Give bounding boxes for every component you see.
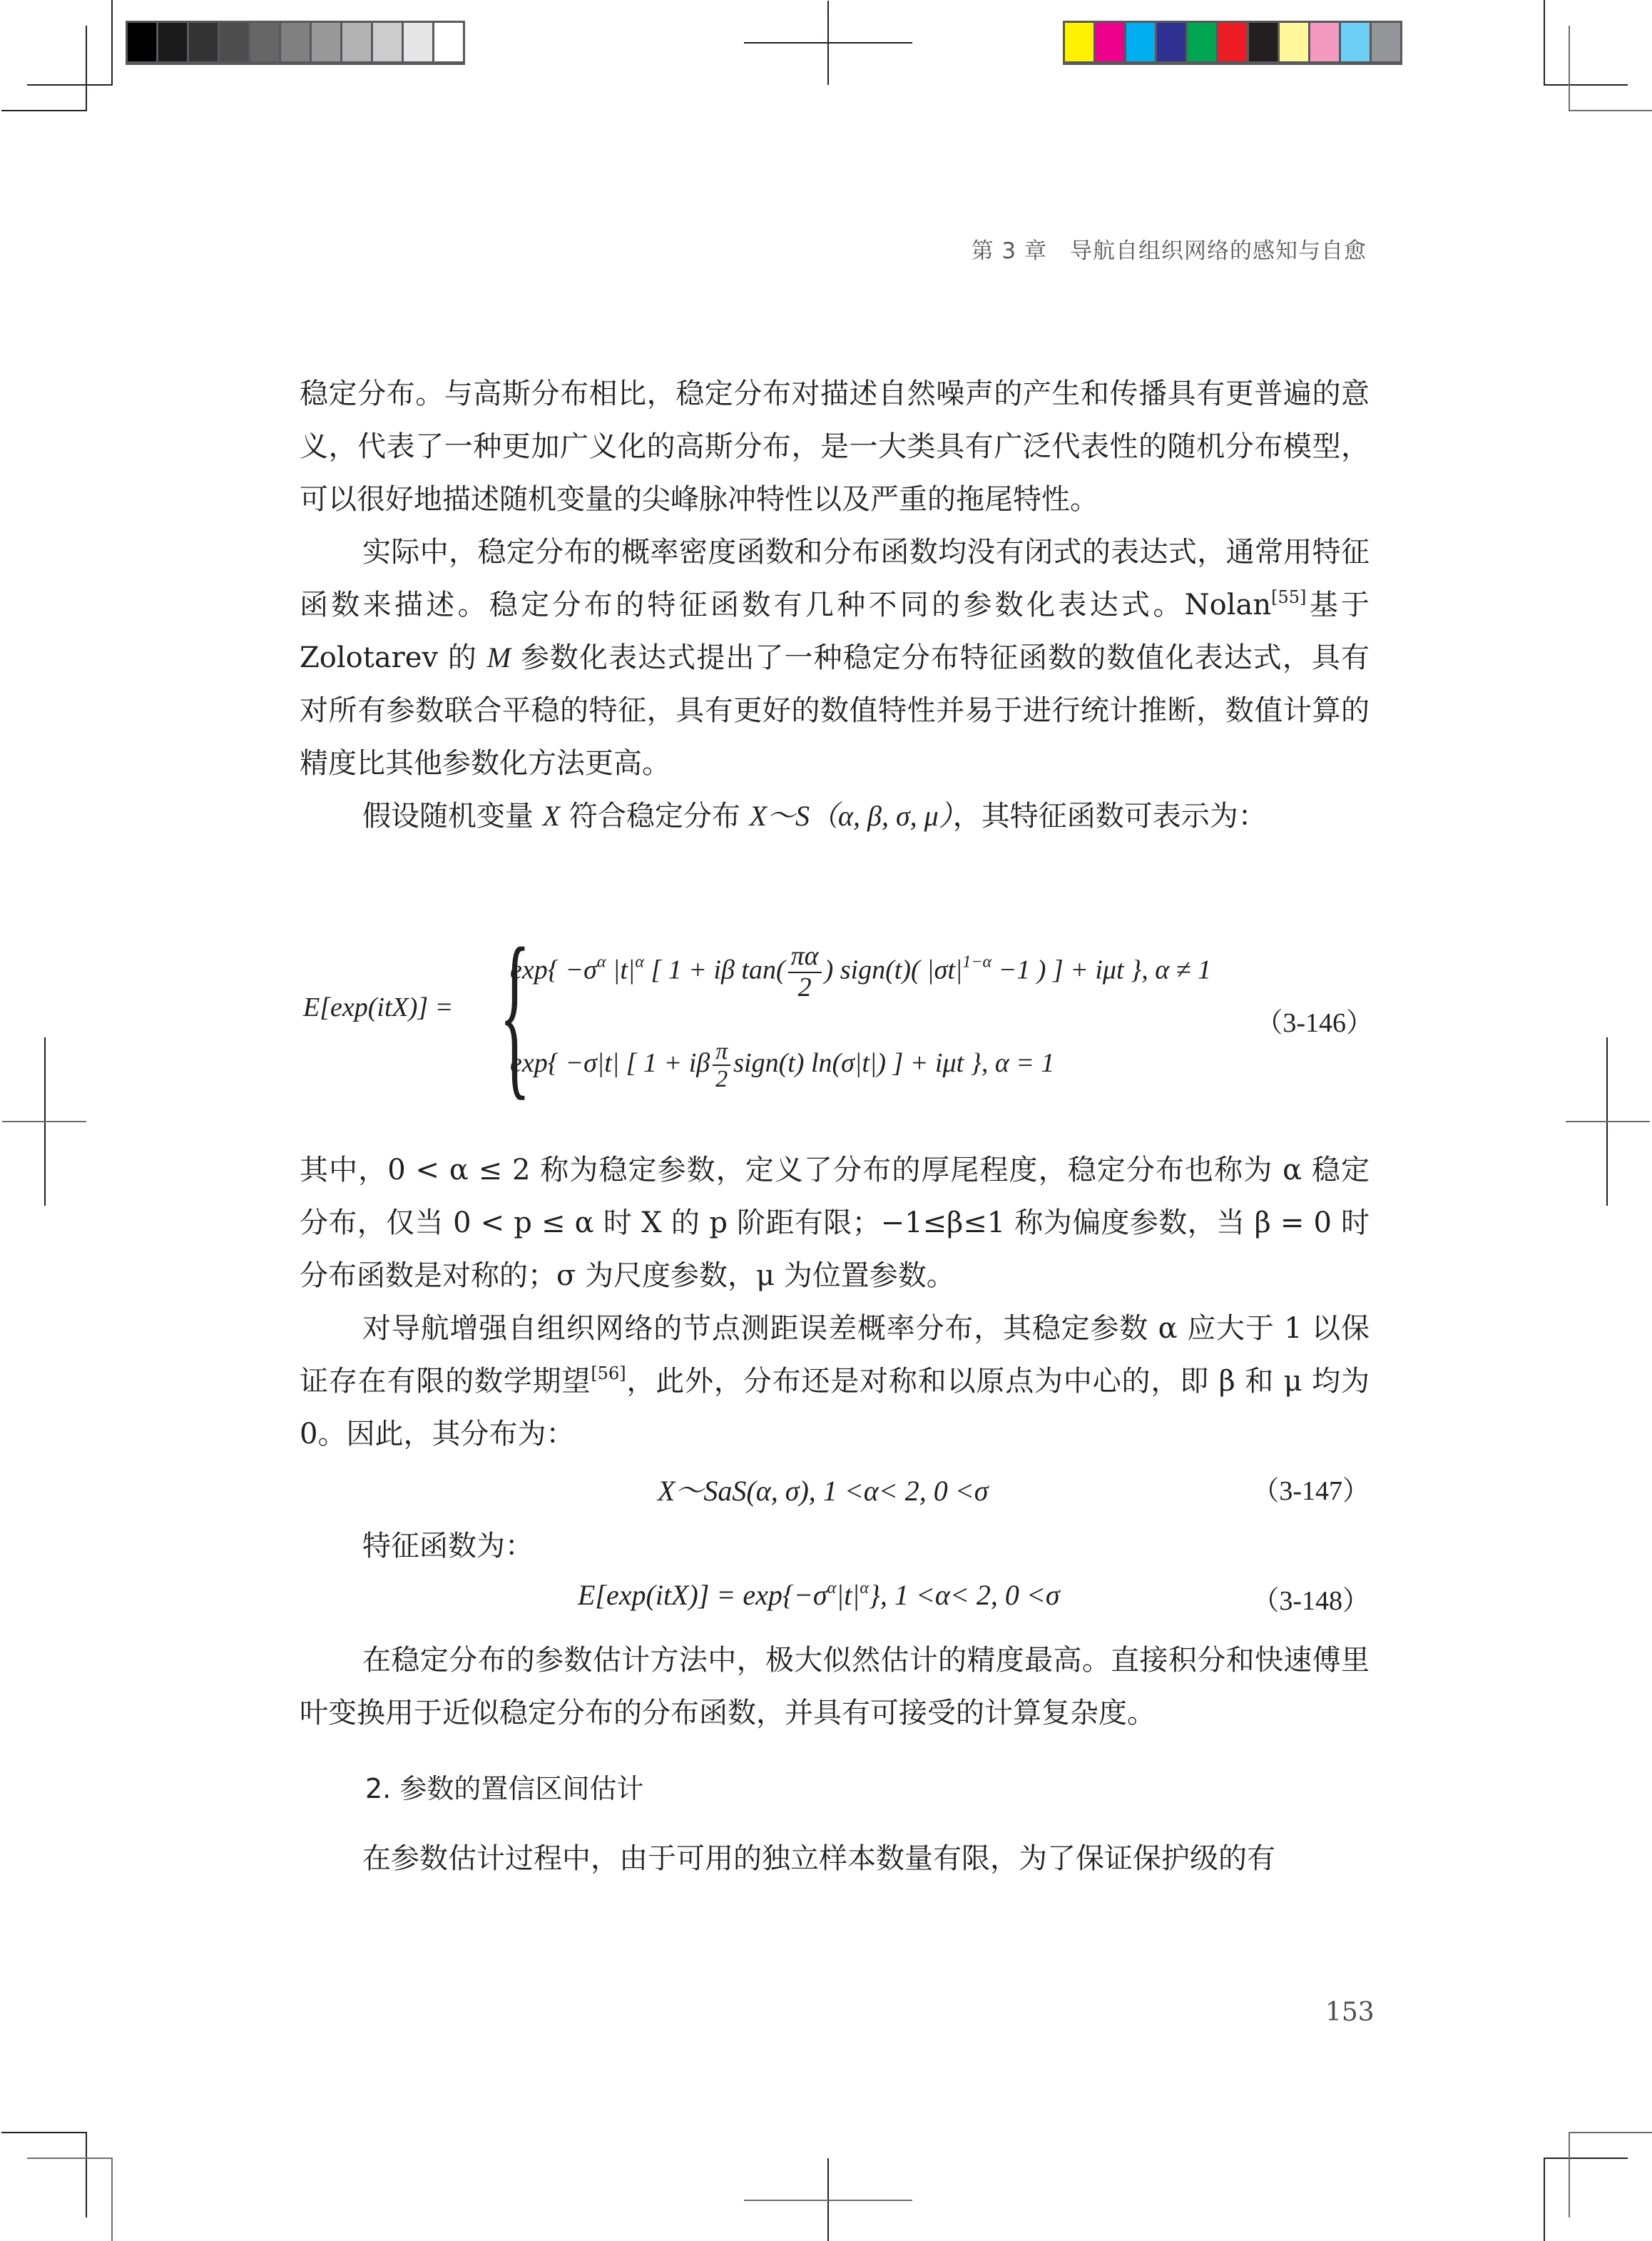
equation-number: （3-148） [1252, 1578, 1370, 1617]
color-swatch [1188, 23, 1216, 61]
crop-mark-line [86, 26, 87, 111]
paragraph: 在稳定分布的参数估计方法中，极大似然估计的精度最高。直接积分和快速傅里叶变换用于… [300, 1634, 1370, 1739]
registration-mark-line [2, 1121, 86, 1122]
color-swatch [434, 23, 463, 61]
equation-lhs: E[exp(itX)] = [303, 992, 453, 1023]
equation-case-alpha-eq-1: exp{ −σ|t| [ 1 + iβπ2sign(t) ln(σ|t|) ] … [510, 1038, 1054, 1093]
running-head: 第 3 章 导航自组织网络的感知与自愈 [972, 233, 1367, 265]
math-symbol: M [487, 641, 511, 674]
math-part: −1 ) ] + iμt }, α ≠ 1 [991, 955, 1211, 985]
math-part: ) sign(t)( |σt| [825, 955, 963, 985]
color-swatch [1310, 23, 1339, 61]
color-swatch [1218, 23, 1247, 61]
color-swatch [312, 23, 340, 61]
paragraph: 在参数估计过程中，由于可用的独立样本数量有限，为了保证保护级的有 [300, 1832, 1370, 1885]
crop-mark-line [111, 2158, 113, 2241]
color-swatch [1249, 23, 1278, 61]
math-superscript: α [597, 953, 606, 972]
crop-mark-line [27, 84, 113, 86]
math-superscript: α [635, 953, 644, 972]
math-part: exp{ −σ|t| [ 1 + iβ [510, 1048, 710, 1078]
paragraph: 其中，0 < α ≤ 2 称为稳定参数，定义了分布的厚尾程度，稳定分布也称为 α… [300, 1144, 1370, 1302]
equation-expression: E[exp(itX)] = exp{−σα|t|α}, 1 <α< 2, 0 <… [578, 1578, 1060, 1612]
color-swatch [1341, 23, 1370, 61]
fraction: πα2 [788, 942, 822, 1003]
fraction-numerator: π [713, 1038, 730, 1066]
color-swatch [404, 23, 432, 61]
crop-mark-line [1569, 26, 1570, 111]
paragraph: 对导航增强自组织网络的节点测距误差概率分布，其稳定参数 α 应大于 1 以保证存… [300, 1302, 1370, 1460]
math-part: |t| [836, 1579, 860, 1611]
page-number: 153 [1325, 1998, 1375, 2027]
fraction-denominator: 2 [788, 973, 822, 1003]
registration-mark-line [744, 42, 912, 44]
math-expression: X～S（α, β, σ, μ） [750, 800, 953, 832]
math-superscript: 1−α [962, 953, 991, 972]
color-swatch [281, 23, 310, 61]
crop-mark-line [1, 110, 87, 111]
crop-mark-line [1569, 2132, 1570, 2217]
color-swatch [1065, 23, 1093, 61]
crop-mark-line [1544, 84, 1628, 86]
equation-3-147: X～SaS(α, σ), 1 <α< 2, 0 <σ （3-147） [300, 1468, 1370, 1511]
color-swatch [250, 23, 279, 61]
equation-number: （3-147） [1252, 1468, 1370, 1508]
grayscale-calibration-bar [126, 21, 465, 65]
crop-mark-line [86, 2132, 87, 2217]
color-swatch [1280, 23, 1308, 61]
math-part: |t| [606, 955, 635, 985]
color-swatch [373, 23, 402, 61]
crop-mark-line [111, 0, 113, 85]
body-text-block-2: 其中，0 < α ≤ 2 称为稳定参数，定义了分布的厚尾程度，稳定分布也称为 α… [300, 1144, 1370, 1460]
paragraph-text: 假设随机变量 [362, 800, 543, 833]
color-swatch [220, 23, 248, 61]
body-text-block-5: 在参数估计过程中，由于可用的独立样本数量有限，为了保证保护级的有 [300, 1832, 1370, 1885]
color-swatch [1372, 23, 1400, 61]
math-superscript: α [860, 1579, 869, 1597]
fraction-numerator: πα [788, 942, 822, 973]
crop-mark-line [1, 2132, 87, 2133]
fraction: π2 [713, 1038, 730, 1093]
math-part: [ 1 + iβ tan( [644, 955, 785, 985]
math-superscript: α [827, 1579, 837, 1597]
color-swatch [189, 23, 218, 61]
color-swatch [128, 23, 156, 61]
color-calibration-bar [1063, 21, 1402, 65]
section-heading: 2. 参数的置信区间估计 [365, 1767, 643, 1806]
citation-ref: [56] [591, 1363, 626, 1383]
body-text-block-1: 稳定分布。与高斯分布相比，稳定分布对描述自然噪声的产生和传播具有更普遍的意义，代… [300, 367, 1370, 843]
crop-mark-line [1544, 2158, 1545, 2241]
equation-number: （3-146） [1255, 1000, 1373, 1040]
math-part: exp{ −σ [510, 955, 597, 985]
color-swatch [1126, 23, 1155, 61]
paragraph-text: 实际中，稳定分布的概率密度函数和分布函数均没有闭式的表达式，通常用特征函数来描述… [300, 536, 1370, 621]
crop-mark-line [1544, 2158, 1628, 2159]
math-part: sign(t) ln(σ|t|) ] + iμt }, α = 1 [733, 1048, 1054, 1078]
math-symbol: X [543, 800, 560, 832]
equation-3-146: E[exp(itX)] = { exp{ −σα |t|α [ 1 + iβ t… [303, 920, 1373, 1106]
color-swatch [1157, 23, 1186, 61]
fraction-denominator: 2 [713, 1066, 730, 1092]
registration-mark-line [744, 2200, 912, 2201]
paragraph: 稳定分布。与高斯分布相比，稳定分布对描述自然噪声的产生和传播具有更普遍的意义，代… [300, 367, 1370, 526]
equation-3-148: E[exp(itX)] = exp{−σα|t|α}, 1 <α< 2, 0 <… [300, 1578, 1370, 1621]
paragraph: 实际中，稳定分布的概率密度函数和分布函数均没有闭式的表达式，通常用特征函数来描述… [300, 526, 1370, 790]
crop-mark-line [27, 2158, 113, 2159]
paragraph-text: ，其特征函数可表示为： [953, 800, 1267, 833]
equation-expression: X～SaS(α, σ), 1 <α< 2, 0 <σ [658, 1468, 989, 1509]
color-swatch [158, 23, 187, 61]
paragraph: 特征函数为： [300, 1520, 1370, 1572]
color-swatch [1096, 23, 1124, 61]
math-part: E[exp(itX)] = exp{−σ [578, 1579, 827, 1611]
registration-mark-line [1566, 1121, 1650, 1122]
citation-ref: [55] [1271, 587, 1306, 607]
crop-mark-line [1544, 0, 1545, 85]
paragraph-text: 符合稳定分布 [560, 800, 749, 833]
body-text-block-4: 在稳定分布的参数估计方法中，极大似然估计的精度最高。直接积分和快速傅里叶变换用于… [300, 1634, 1370, 1739]
color-swatch [342, 23, 371, 61]
paragraph: 假设随机变量 X 符合稳定分布 X～S（α, β, σ, μ），其特征函数可表示… [300, 790, 1370, 843]
crop-mark-line [1569, 2132, 1652, 2133]
crop-mark-line [1569, 110, 1652, 111]
math-part: }, 1 <α< 2, 0 <σ [869, 1579, 1060, 1611]
equation-case-alpha-not-1: exp{ −σα |t|α [ 1 + iβ tan(πα2) sign(t)(… [510, 942, 1211, 1003]
body-text-block-3: 特征函数为： [300, 1520, 1370, 1572]
